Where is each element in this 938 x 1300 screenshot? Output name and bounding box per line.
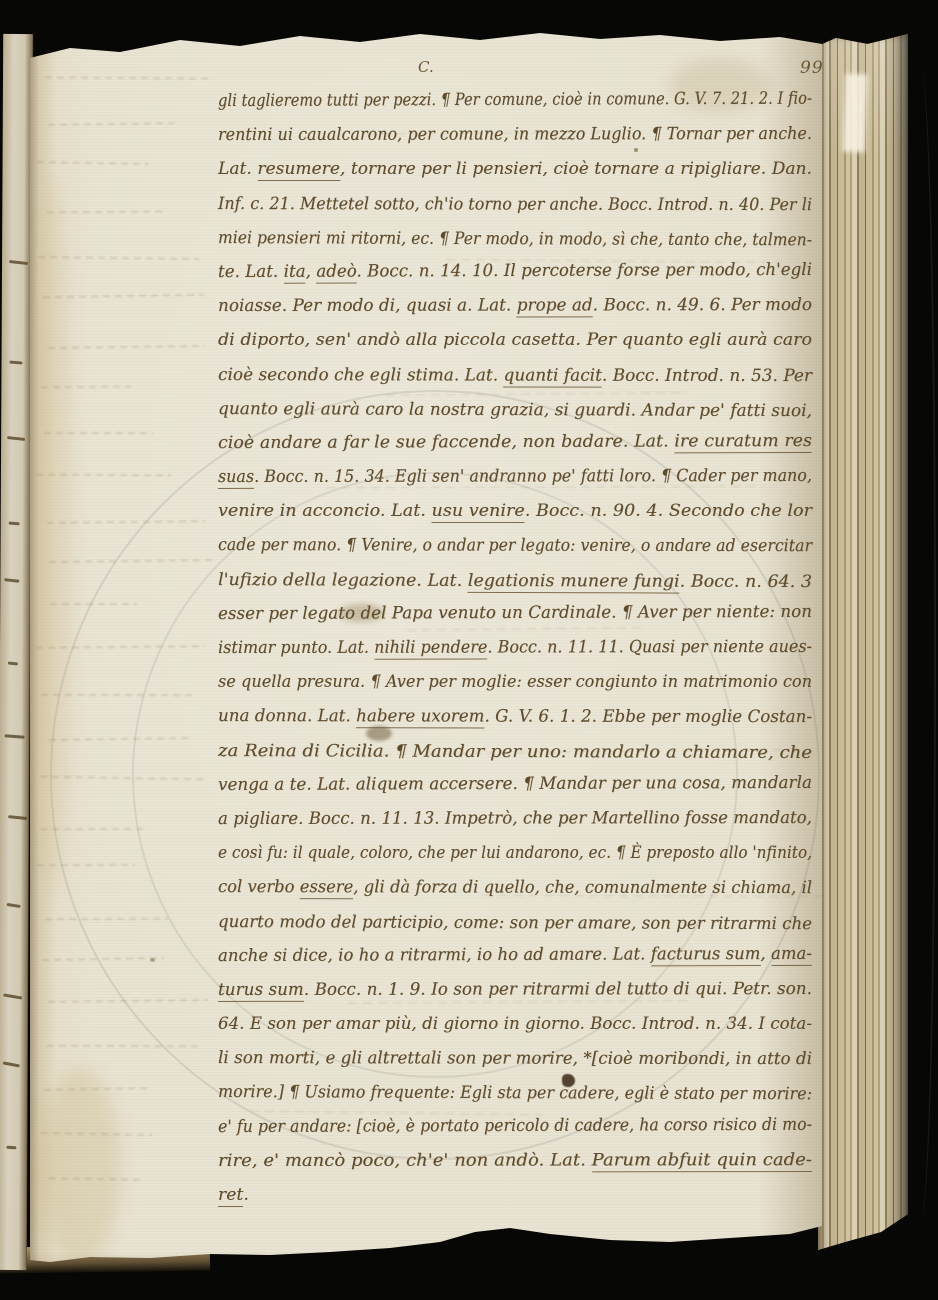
text-segment: te. Lat. (218, 262, 284, 282)
bleed-through-line (37, 161, 148, 165)
facing-page-text-fragment (7, 902, 22, 907)
text-segment: za Reina di Cicilia. ¶ Mandar per uno: m… (218, 741, 812, 763)
bleed-through-line (45, 77, 212, 80)
gutter-stain (34, 178, 70, 898)
text-segment: e così fu: il quale, coloro, che per lui… (218, 843, 812, 863)
manuscript-line: cioè secondo che egli stima. Lat. quanti… (218, 358, 818, 392)
manuscript-line: di diporto, sen' andò alla piccola caset… (218, 323, 818, 357)
bleed-through-line (50, 603, 137, 605)
manuscript-line: se quella presura. ¶ Aver per moglie: es… (218, 665, 818, 699)
text-segment: anche si dice, io ho a ritrarmi, io ho a… (218, 944, 651, 966)
manuscript-line: morire.] ¶ Usiamo frequente: Egli sta pe… (218, 1075, 818, 1109)
underlined-latin-phrase: quanti facit (504, 365, 602, 387)
manuscript-line: za Reina di Cicilia. ¶ Mandar per uno: m… (218, 734, 818, 768)
facing-page-text-fragment (9, 260, 28, 265)
manuscript-line: e così fu: il quale, coloro, che per lui… (218, 836, 818, 870)
underlined-latin-phrase: ire curatum res (674, 431, 812, 453)
underlined-latin-phrase: adeò (316, 261, 356, 283)
underlined-latin-phrase: ita (284, 262, 306, 284)
manuscript-line: quanto egli aurà caro la nostra grazia, … (218, 392, 818, 426)
manuscript-scan: C. 99 gli taglieremo tutti per pezzi. ¶ … (0, 0, 938, 1300)
bleed-through-line (47, 1045, 201, 1048)
text-segment: , gli dà forza di quello, che, comunalme… (353, 878, 812, 899)
manuscript-page: C. 99 gli taglieremo tutti per pezzi. ¶ … (30, 28, 822, 1268)
text-segment: . Bocc. Introd. n. 53. Per (602, 365, 812, 385)
manuscript-line: te. Lat. ita, adeò. Bocc. n. 14. 10. Il … (218, 255, 818, 289)
text-segment: . Bocc. n. 90. 4. Secondo che lor (525, 501, 812, 521)
manuscript-line: li son morti, e gli altrettali son per m… (218, 1041, 818, 1075)
facing-page-text-fragment (8, 815, 27, 819)
manuscript-line: Lat. resumere, tornare per li pensieri, … (218, 152, 818, 186)
text-segment: Lat. (218, 159, 257, 179)
manuscript-line: miei pensieri mi ritorni, ec. ¶ Per modo… (218, 221, 818, 255)
manuscript-line: esser per legato del Papa venuto un Card… (218, 597, 818, 631)
quire-signature-mark: C. (418, 58, 434, 76)
text-segment: e' fu per andare: [cioè, è portato peric… (218, 1114, 812, 1136)
underlined-latin-phrase: ret (218, 1185, 243, 1207)
text-segment: cade per mano. ¶ Venire, o andar per leg… (218, 535, 812, 556)
text-segment: , (306, 262, 317, 282)
manuscript-line: noiasse. Per modo di, quasi a. Lat. prop… (218, 289, 818, 323)
text-segment: . Bocc. n. 15. 34. Egli sen' andranno pe… (254, 466, 812, 487)
underlined-latin-phrase: habere uxorem (356, 707, 484, 729)
manuscript-line: venire in acconcio. Lat. usu venire. Boc… (218, 494, 818, 528)
manuscript-line: istimar punto. Lat. nihili pendere. Bocc… (218, 631, 818, 665)
facing-page-text-fragment (3, 1062, 21, 1068)
page-number: 99 (800, 58, 824, 78)
text-segment: noiasse. Per modo di, quasi a. Lat. (218, 296, 517, 317)
facing-page-text-fragment (9, 360, 22, 364)
text-segment: . Bocc. n. 14. 10. Il percoterse forse p… (356, 260, 812, 282)
text-segment: , (760, 944, 771, 964)
bleed-through-line (44, 432, 153, 434)
manuscript-line: a pigliare. Bocc. n. 11. 13. Impetrò, ch… (218, 802, 818, 836)
text-segment: venga a te. Lat. aliquem accersere. ¶ Ma… (218, 773, 812, 795)
book-cover-edge (906, 70, 936, 1220)
text-segment: quarto modo del participio, come: son pe… (218, 912, 812, 934)
underlined-latin-phrase: essere (300, 877, 354, 899)
text-segment: . G. V. 6. 1. 2. Ebbe per moglie Costan- (484, 707, 812, 728)
book-fore-edge (818, 34, 908, 1258)
manuscript-line: turus sum. Bocc. n. 1. 9. Io son per rit… (218, 973, 818, 1007)
manuscript-line: rentini ui caualcarono, per comune, in m… (218, 118, 818, 152)
text-segment: gli taglieremo tutti per pezzi. ¶ Per co… (218, 89, 812, 111)
text-segment: . Bocc. n. 1. 9. Io son per ritrarmi del… (304, 979, 812, 1000)
text-segment: 64. E son per amar più, di giorno in gio… (218, 1014, 812, 1034)
bleed-through-line (48, 122, 180, 126)
corner-stain (40, 1068, 120, 1268)
text-segment: quanto egli aurà caro la nostra grazia, … (218, 399, 812, 421)
manuscript-line: anche si dice, io ho a ritrarmi, io ho a… (218, 939, 818, 973)
manuscript-line: Inf. c. 21. Mettetel sotto, ch'io torno … (218, 187, 818, 221)
underlined-latin-phrase: usu venire (432, 501, 525, 523)
bleed-through-line (43, 294, 204, 299)
manuscript-line: suas. Bocc. n. 15. 34. Egli sen' andrann… (218, 460, 818, 494)
text-segment: cioè secondo che egli stima. Lat. (218, 365, 504, 386)
text-segment: col verbo (218, 877, 300, 897)
facing-page-text-fragment (8, 661, 18, 664)
text-segment: una donna. Lat. (218, 706, 356, 726)
manuscript-line: venga a te. Lat. aliquem accersere. ¶ Ma… (218, 768, 818, 802)
manuscript-line: cioè andare a far le sue faccende, non b… (218, 426, 818, 460)
bleed-through-line (45, 918, 168, 921)
underlined-latin-phrase: suas (218, 467, 254, 489)
underlined-latin-phrase: facturus sum (651, 944, 761, 966)
manuscript-line: gli taglieremo tutti per pezzi. ¶ Per co… (218, 84, 818, 118)
underlined-latin-phrase: prope ad (517, 295, 593, 317)
handwritten-text-block: gli taglieremo tutti per pezzi. ¶ Per co… (218, 84, 818, 1212)
bleed-through-line (48, 345, 205, 349)
manuscript-line: cade per mano. ¶ Venire, o andar per leg… (218, 528, 818, 562)
underlined-latin-phrase: resumere (257, 159, 340, 181)
text-segment: miei pensieri mi ritorni, ec. ¶ Per modo… (218, 228, 812, 250)
underlined-latin-phrase: turus sum (218, 980, 304, 1002)
manuscript-line: e' fu per andare: [cioè, è portato peric… (218, 1110, 818, 1144)
bleed-through-line (36, 473, 171, 476)
text-segment: a pigliare. Bocc. n. 11. 13. Impetrò, ch… (218, 808, 812, 829)
facing-page-text-fragment (7, 436, 25, 440)
bleed-through-line (47, 210, 165, 213)
text-segment: esser per legato del Papa venuto un Card… (218, 602, 812, 624)
facing-page-text-fragment (4, 579, 19, 583)
text-segment: cioè andare a far le sue faccende, non b… (218, 431, 674, 453)
text-segment: istimar punto. Lat. (218, 638, 374, 658)
manuscript-line: l'ufizio della legazione. Lat. legationi… (218, 563, 818, 597)
text-segment: . (243, 1185, 249, 1205)
facing-page-text-fragment (4, 993, 23, 999)
underlined-latin-phrase: ama- (771, 944, 812, 966)
text-segment: se quella presura. ¶ Aver per moglie: es… (218, 672, 812, 692)
facing-page-text-fragment (4, 735, 25, 739)
text-segment: li son morti, e gli altrettali son per m… (218, 1048, 812, 1069)
manuscript-line: col verbo essere, gli dà forza di quello… (218, 870, 818, 904)
manuscript-line: quarto modo del participio, come: son pe… (218, 905, 818, 939)
manuscript-line: ret. (218, 1178, 818, 1212)
text-segment: l'ufizio della legazione. Lat. (218, 570, 468, 591)
manuscript-line: una donna. Lat. habere uxorem. G. V. 6. … (218, 699, 818, 733)
fore-edge-highlight (843, 74, 868, 153)
text-segment: venire in acconcio. Lat. (218, 501, 432, 521)
facing-page-sliver (0, 34, 33, 1270)
text-segment: , tornare per li pensieri, cioè tornare … (340, 159, 812, 179)
manuscript-line: rire, e' mancò poco, ch'e' non andò. Lat… (218, 1144, 818, 1178)
text-segment: Inf. c. 21. Mettetel sotto, ch'io torno … (218, 194, 812, 215)
text-segment: morire.] ¶ Usiamo frequente: Egli sta pe… (218, 1082, 812, 1104)
text-segment: . Bocc. n. 64. 3 (680, 571, 812, 591)
manuscript-line: 64. E son per amar più, di giorno in gio… (218, 1007, 818, 1041)
facing-page-text-fragment (9, 522, 21, 525)
underlined-latin-phrase: nihili pendere (374, 637, 487, 659)
text-segment: rentini ui caualcarono, per comune, in m… (218, 124, 812, 145)
text-segment: rire, e' mancò poco, ch'e' non andò. Lat… (218, 1150, 592, 1171)
underlined-latin-phrase: legationis munere fungi (468, 570, 680, 593)
underlined-latin-phrase: Parum abfuit quin cade- (592, 1150, 812, 1172)
facing-page-text-fragment (7, 1145, 17, 1148)
text-segment: . Bocc. n. 11. 11. Quasi per niente aues… (487, 637, 812, 658)
text-segment: . Bocc. n. 49. 6. Per modo (593, 295, 812, 315)
text-segment: di diporto, sen' andò alla piccola caset… (218, 330, 812, 350)
